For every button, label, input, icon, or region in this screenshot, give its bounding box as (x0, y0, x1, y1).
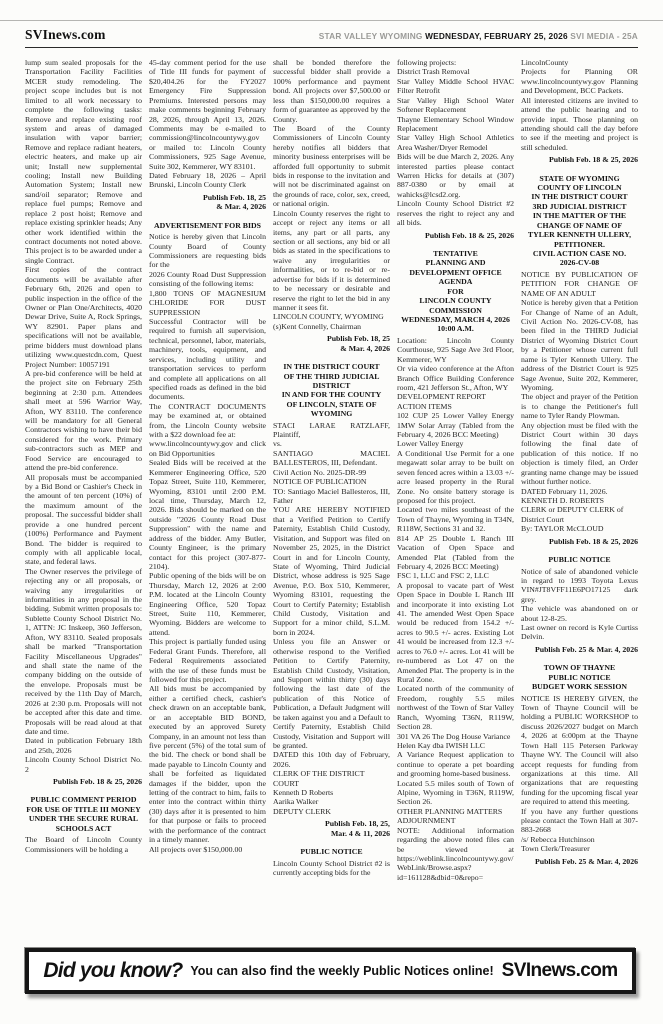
notice-paragraph: The vehicle was abandoned on or about 12… (521, 604, 638, 623)
notice-paragraph: This project is partially funded using F… (149, 637, 266, 684)
notice-paragraph: Lincoln County reserves the right to acc… (273, 209, 390, 313)
notice-paragraph: District Trash Removal (397, 67, 514, 76)
publish-line: Publish Feb. 18, 25, Mar. 4 & 11, 2026 (273, 819, 390, 838)
notice-paragraph: Civil Action No. 2025-DR-99 (273, 468, 390, 477)
newspaper-page: SVInews.com STAR VALLEY WYOMING WEDNESDA… (0, 0, 663, 1024)
notice-paragraph: Last owner on record is Kyle Curtiss Del… (521, 623, 638, 642)
notice-paragraph: All projects over $150,000.00 (149, 845, 266, 854)
notice-paragraph: Public opening of the bids will be on Th… (149, 571, 266, 637)
notice-paragraph: 45-day comment period for the use of Tit… (149, 58, 266, 171)
notice-paragraph: All bids must be accompanied by either a… (149, 684, 266, 844)
news-column-5: LincolnCountyProjects for Planning OR ww… (521, 58, 638, 942)
notice-paragraph: First copies of the contract documents w… (25, 265, 142, 369)
banner-message: You can also find the weekly Public Noti… (190, 964, 493, 978)
notice-paragraph: Lincoln County School District No. 2 (25, 755, 142, 774)
notice-paragraph: NOTICE OF PUBLICATION (273, 477, 390, 486)
publish-line: Publish Feb. 18, 25 & Mar. 4, 2026 (273, 334, 390, 353)
notice-paragraph: NOTE: Additional information regarding t… (397, 826, 514, 883)
notice-heading: IN THE DISTRICT COURT OF THE THIRD JUDIC… (273, 362, 390, 419)
notice-paragraph: Any objection must be filed with the Dis… (521, 421, 638, 487)
notice-lines: /s/ Rebecca Hutchinson Town Clerk/Treasu… (521, 835, 638, 854)
notice-paragraph: Notice is hereby given that Lincoln Coun… (149, 232, 266, 270)
notice-lines: DATED February 11, 2026. KENNETH D. ROBE… (521, 487, 638, 534)
notice-paragraph: A Conditional Use Permit for a one megaw… (397, 449, 514, 506)
notice-heading: TENTATIVE PLANNING AND DEVELOPMENT OFFIC… (397, 249, 514, 334)
news-column-4: following projects:District Trash Remova… (397, 58, 514, 942)
publish-line: Publish Feb. 18 & 25, 2026 (521, 155, 638, 164)
notice-paragraph: Helen Kay dba IWISH LLC (397, 741, 514, 750)
notice-paragraph: Dated February 18, 2026 – April Brunski,… (149, 171, 266, 190)
news-column-2: 45-day comment period for the use of Tit… (149, 58, 266, 942)
masthead-site-name: SVInews.com (25, 27, 106, 43)
notice-lines: CLERK OF THE DISTRICT COURT Kenneth D Ro… (273, 769, 390, 816)
publish-line: Publish Feb. 18 & 25, 2026 (25, 777, 142, 786)
notice-paragraph: FSC 1, LLC and FSC 2, LLC (397, 571, 514, 580)
notice-paragraph: A proposal to vacate part of West Open S… (397, 581, 514, 685)
notice-paragraph: All interested citizens are invited to a… (521, 96, 638, 153)
notice-heading: PUBLIC NOTICE (521, 555, 638, 564)
notice-paragraph: Unless you file an Answer or otherwise r… (273, 637, 390, 750)
notice-paragraph: The Owner reserves the privilege of reje… (25, 567, 142, 737)
notice-paragraph: vs. (273, 439, 390, 448)
footer-promo-banner: Did you know? You can also find the week… (25, 948, 636, 994)
notice-paragraph: A Variance Request application to contin… (397, 750, 514, 778)
news-column-3: shall be bonded therefore the successful… (273, 58, 390, 942)
masthead: SVInews.com STAR VALLEY WYOMING WEDNESDA… (25, 27, 638, 48)
notice-paragraph: 301 VA 26 The Dog House Variance (397, 732, 514, 741)
notice-paragraph: Located north of the community of Freedo… (397, 684, 514, 731)
folio-date: WEDNESDAY, FEBRUARY 25, 2026 (425, 31, 568, 41)
banner-site-name: SVInews.com (502, 960, 618, 982)
notice-paragraph: Bids will be due March 2, 2026. Any inte… (397, 152, 514, 199)
notice-paragraph: TO: Santiago Maciel Ballesteros, III, Fa… (273, 487, 390, 506)
did-you-know-text: Did you know? (43, 959, 182, 983)
folio-edition: SVI MEDIA - 25A (568, 31, 638, 41)
publish-line: Publish Feb. 25 & Mar. 4, 2026 (521, 857, 638, 866)
notice-paragraph: Thayne Elementary School Window Replacem… (397, 115, 514, 134)
publish-line: Publish Feb. 18 & 25, 2026 (397, 231, 514, 240)
masthead-folio: STAR VALLEY WYOMING WEDNESDAY, FEBRUARY … (319, 31, 638, 41)
notice-paragraph: shall be bonded therefore the successful… (273, 58, 390, 124)
notice-heading: PUBLIC COMMENT PERIOD FOR USE OF TITLE I… (25, 795, 142, 833)
notice-paragraph: SANTIAGO MACIEL BALLESTEROS, III, Defend… (273, 449, 390, 468)
public-notices-columns: lump sum sealed proposals for the Transp… (25, 58, 638, 942)
notice-heading: STATE OF WYOMING COUNTY OF LINCOLN IN TH… (521, 174, 638, 268)
notice-paragraph: Located 5.5 miles south of Town of Alpin… (397, 779, 514, 807)
notice-paragraph: Projects for Planning OR www.lincolncoun… (521, 67, 638, 95)
notice-paragraph: If you have any further questions please… (521, 807, 638, 835)
notice-paragraph: LincolnCounty (521, 58, 638, 67)
notice-paragraph: 2026 County Road Dust Suppression consis… (149, 270, 266, 289)
notice-heading: PUBLIC NOTICE (273, 847, 390, 856)
news-column-1: lump sum sealed proposals for the Transp… (25, 58, 142, 942)
notice-paragraph: Lincoln County School District #2 is cur… (273, 859, 390, 878)
notice-paragraph: Star Valley High School Athletics Area W… (397, 133, 514, 152)
notice-paragraph: YOU ARE HEREBY NOTIFIED that a Verified … (273, 505, 390, 637)
notice-paragraph: All proposals must be accompanied by a B… (25, 473, 142, 567)
notice-lines: DEVELOPMENT REPORT ACTION ITEMS (397, 392, 514, 411)
notice-paragraph: Dated in publication February 18th and 2… (25, 736, 142, 755)
notice-paragraph: Successful Contractor will be required t… (149, 317, 266, 402)
page-top-rule (0, 20, 663, 21)
notice-paragraph: Lower Valley Energy (397, 439, 514, 448)
notice-lines: LINCOLN COUNTY, WYOMING (s)Kent Connelly… (273, 312, 390, 331)
notice-paragraph: lump sum sealed proposals for the Transp… (25, 58, 142, 265)
notice-paragraph: 1,800 TONS OF MAGNESIUM CHLORIDE FOR DUS… (149, 289, 266, 317)
publish-line: Publish Feb. 25 & Mar. 4, 2026 (521, 645, 638, 654)
notice-paragraph: The Board of Lincoln County Commissioner… (25, 835, 142, 854)
publish-line: Publish Feb. 18, 25 & Mar. 4, 2026 (149, 193, 266, 212)
notice-paragraph: Notice is hereby given that a Petition F… (521, 298, 638, 392)
folio-location: STAR VALLEY WYOMING (319, 31, 425, 41)
notice-paragraph: Located two miles southeast of the Town … (397, 505, 514, 533)
notice-paragraph: Sealed Bids will be received at the Kemm… (149, 458, 266, 571)
notice-paragraph: The CONTRACT DOCUMENTS may be examined a… (149, 402, 266, 440)
notice-paragraph: Star Valley High School Water Softener R… (397, 96, 514, 115)
publish-line: Publish Feb. 18 & 25, 2026 (521, 537, 638, 546)
notice-paragraph: 102 CUP 25 Lower Valley Energy 1MW Solar… (397, 411, 514, 439)
notice-paragraph: DATED this 10th day of February, 2026. (273, 750, 390, 769)
notice-lines: OTHER PLANNING MATTERS ADJOURNMENT (397, 807, 514, 826)
notice-heading: ADVERTISEMENT FOR BIDS (149, 221, 266, 230)
notice-paragraph: The object and prayer of the Petition is… (521, 392, 638, 420)
notice-paragraph: Or via video conference at the Afton Bra… (397, 364, 514, 392)
notice-paragraph: 814 AP 25 Double L Ranch III Vacation of… (397, 534, 514, 572)
notice-paragraph: NOTICE BY PUBLICATION OF PETITION FOR CH… (521, 270, 638, 298)
notice-paragraph: STACI LARAE RATZLAFF, Plaintiff, (273, 421, 390, 440)
notice-paragraph: NOTICE IS HEREBY GIVEN, the Town of Thay… (521, 694, 638, 807)
notice-paragraph: www.lincolncountywy.gov and click on Bid… (149, 439, 266, 458)
notice-paragraph: following projects: (397, 58, 514, 67)
notice-paragraph: Notice of sale of abandoned vehicle in r… (521, 567, 638, 605)
notice-heading: TOWN OF THAYNE PUBLIC NOTICE BUDGET WORK… (521, 663, 638, 691)
notice-paragraph: A pre-bid conference will be held at the… (25, 369, 142, 473)
notice-paragraph: Lincoln County School District #2 reserv… (397, 199, 514, 227)
notice-paragraph: Location: Lincoln County Courthouse, 925… (397, 336, 514, 364)
notice-paragraph: Star Valley Middle School HVAC Filter Re… (397, 77, 514, 96)
notice-paragraph: The Board of the County Commissioners of… (273, 124, 390, 209)
